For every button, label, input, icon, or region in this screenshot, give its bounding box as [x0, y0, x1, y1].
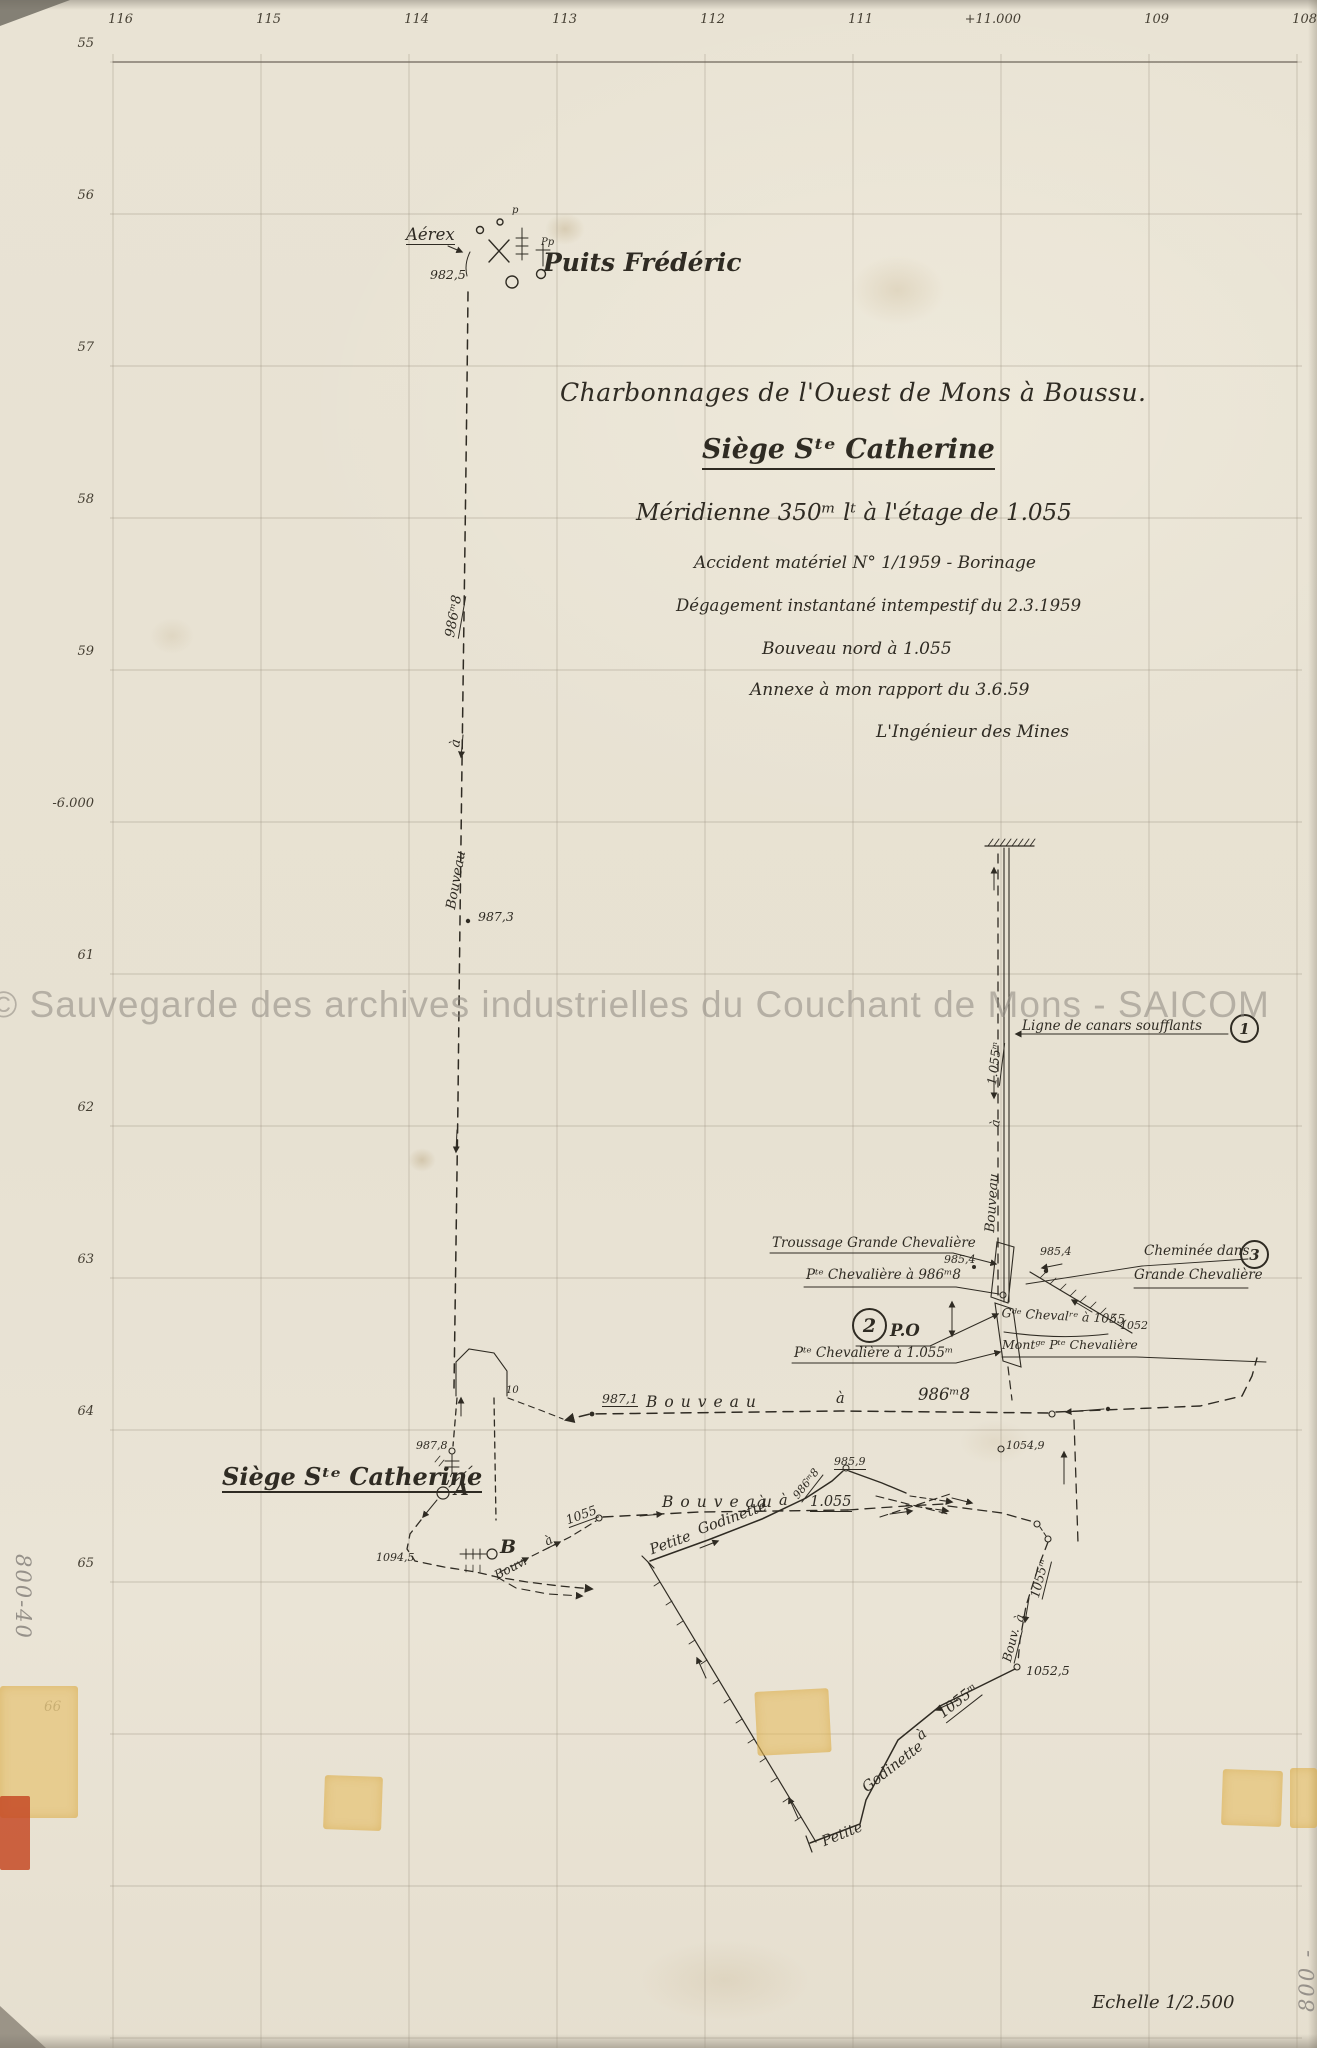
label-gde-chevaliere-1055: Gᵈᵉ Chevalʳᵉ à 1055: [1001, 1306, 1125, 1326]
label-987-8: 987,8: [416, 1440, 448, 1452]
pencil-note-right: 800 -: [1296, 1948, 1317, 2012]
label-pte-chevaliere-1055: Pᵗᵉ Chevalière à 1.055ᵐ: [794, 1346, 953, 1360]
label-1094-5: 1094,5: [376, 1552, 415, 1564]
tape-patch-red: [0, 1796, 30, 1870]
label-bouv-rot: Bouv.: [1000, 1627, 1023, 1664]
label-985-4-a: 985,4: [944, 1254, 976, 1266]
scale-label: Echelle 1/2.500: [1092, 1994, 1234, 2013]
label-985-9: 985,9: [834, 1456, 866, 1470]
label-1052: 1052: [1120, 1320, 1148, 1332]
label-985-4-b: 985,4: [1040, 1246, 1072, 1258]
label-siege-ste-catherine: Siège Sᵗᵉ Catherine: [222, 1464, 482, 1493]
tape-patch: [1221, 1769, 1283, 1827]
label-a-rot: à: [448, 738, 463, 748]
label-point-b: B: [500, 1538, 516, 1558]
label-986m8: 986ᵐ8: [918, 1386, 970, 1403]
label-bouveau-rot: Bouveau: [444, 850, 468, 911]
scanned-mine-plan: Charbonnages de l'Ouest de Mons à Boussu…: [0, 0, 1317, 2048]
grid-col-label: 111: [803, 12, 873, 27]
label-aerex: Aérex: [406, 226, 455, 245]
label-10: 10: [506, 1386, 519, 1397]
label-p: p: [512, 206, 518, 217]
grid-col-label: 113: [507, 12, 577, 27]
grid-col-label: 115: [211, 12, 281, 27]
label-montage-pte-chevaliere: Montᵍᵉ Pᵗᵉ Chevalière: [1002, 1338, 1138, 1351]
label-pte-chevaliere-986: Pᵗᵉ Chevalière à 986ᵐ8: [806, 1268, 961, 1282]
grid-row-label: 59: [8, 644, 94, 659]
grid-row-label: 64: [8, 1404, 94, 1419]
label-petite-godinette-1: Petite: [648, 1529, 693, 1558]
grid-col-label: 112: [655, 12, 725, 27]
grid-col-label: 114: [359, 12, 429, 27]
grid-col-label: 116: [63, 12, 133, 27]
grid-col-label: 108: [1247, 12, 1317, 27]
tape-patch: [1290, 1768, 1317, 1828]
label-bouv-diag: Bouv.: [492, 1554, 528, 1582]
title-line-8: L'Ingénieur des Mines: [876, 722, 1069, 742]
title-line-4: Accident matériel N° 1/1959 - Borinage: [694, 553, 1036, 573]
label-cheminee-dans: Cheminée dans: [1144, 1244, 1249, 1258]
title-line-7: Annexe à mon rapport du 3.6.59: [750, 680, 1029, 700]
label-godinette-diag: Godinette: [860, 1739, 926, 1796]
label-a3-rot: à: [1012, 1613, 1027, 1623]
pencil-note-left: 800-40: [12, 1554, 34, 1640]
label-1052-5: 1052,5: [1026, 1664, 1070, 1677]
grid-row-label: 63: [8, 1252, 94, 1267]
label-1055m-rot: 1055ᵐ: [1028, 1558, 1052, 1600]
tape-patch: [754, 1688, 831, 1756]
grid-row-label: 62: [8, 1100, 94, 1115]
label-ligne-canars: Ligne de canars soufflants: [1022, 1019, 1202, 1033]
label-petite-diag: Petite: [820, 1820, 865, 1850]
grid-row-label: 55: [8, 36, 94, 51]
label-982-5: 982,5: [430, 268, 466, 281]
label-1055m-godinette: 1055ᵐ: [936, 1682, 983, 1724]
label-a-986: à: [836, 1392, 845, 1407]
circled-3: 3: [1240, 1240, 1269, 1269]
label-987-1: 987,1: [602, 1392, 638, 1407]
label-1054-9: 1054,9: [1006, 1440, 1045, 1452]
title-line-1: Charbonnages de l'Ouest de Mons à Boussu…: [560, 378, 1147, 407]
grid-row-label: 61: [8, 948, 94, 963]
label-a2-rot: à: [988, 1119, 1002, 1128]
circled-1: 1: [1230, 1014, 1259, 1043]
label-1055-rot: 1.055ᵐ: [985, 1041, 1005, 1086]
label-1055-diag: 1055: [564, 1503, 599, 1528]
label-1055: 1.055: [810, 1495, 852, 1512]
label-puits-frederic: Puits Frédéric: [543, 250, 741, 276]
grid-row-label: -6.000: [8, 796, 94, 811]
title-line-2: Siège Sᵗᵉ Catherine: [702, 434, 995, 470]
label-bouveau-nord-rot: Bouveau: [983, 1173, 1001, 1233]
tape-patch: [323, 1775, 383, 1831]
label-a-diag: à: [542, 1533, 555, 1548]
grid-col-label: +11.000: [951, 12, 1021, 27]
label-pp: Pp: [541, 238, 554, 249]
label-a-1055b: à: [779, 1494, 788, 1509]
label-987-3: 987,3: [478, 910, 514, 923]
label-grande-chevaliere: Grande Chevalière: [1134, 1268, 1263, 1282]
label-po: P.O: [890, 1322, 920, 1339]
title-line-3: Méridienne 350ᵐ lᵗ à l'étage de 1.055: [636, 500, 1072, 526]
label-point-a: A: [454, 1480, 469, 1500]
label-bouveau-986: Bouveau: [646, 1394, 763, 1410]
label-troussage: Troussage Grande Chevalière: [772, 1236, 976, 1250]
label-bouveau-986-rot: 986ᵐ8: [443, 594, 466, 639]
grid-row-label: 58: [8, 492, 94, 507]
circled-2: 2: [852, 1308, 887, 1343]
grid-row-label: 57: [8, 340, 94, 355]
labels-layer: Charbonnages de l'Ouest de Mons à Boussu…: [0, 0, 1317, 2048]
title-line-5: Dégagement instantané intempestif du 2.3…: [676, 596, 1081, 615]
grid-row-label: 56: [8, 188, 94, 203]
grid-col-label: 109: [1099, 12, 1169, 27]
title-line-6: Bouveau nord à 1.055: [762, 639, 952, 659]
